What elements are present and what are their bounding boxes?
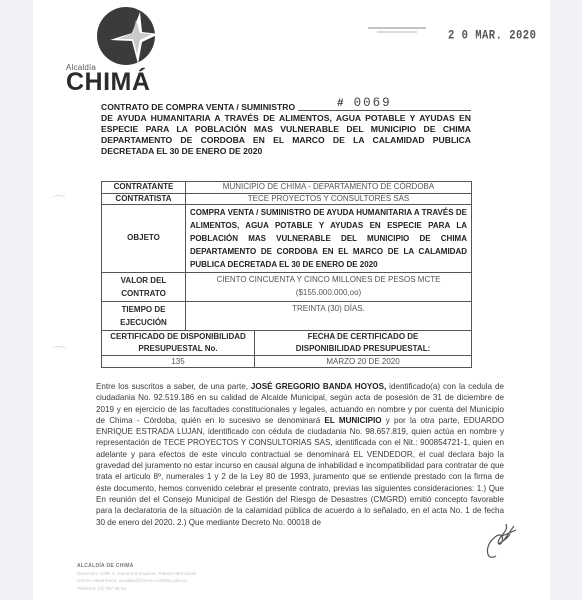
cdp-date-value: MARZO 20 DE 2020 [255, 356, 472, 368]
contract-body: Entre los suscritos a saber, de una part… [96, 381, 504, 528]
body-text-segment: Entre los suscritos a saber, de una part… [96, 382, 251, 391]
logo-title: CHIMÁ [66, 68, 150, 97]
row-value: COMPRA VENTA / SUMINISTRO DE AYUDA HUMAN… [186, 205, 472, 273]
row-value: CIENTO CINCUENTA Y CINCO MILLONES DE PES… [186, 273, 472, 302]
footer-phone: Teléfono: (4) 767 96 53 [77, 586, 196, 594]
star-circle-logo-icon [96, 6, 160, 66]
received-stamp [363, 24, 433, 46]
table-row: TIEMPO DE EJECUCIÓN TREINTA (30) DÍAS. [102, 302, 472, 331]
date-stamp: 2 0 MAR. 2020 [448, 29, 536, 43]
footer-email: Correo electrónico: alcaldia@chima-cordo… [77, 578, 196, 586]
value-amount: ($155.000.000,oo) [189, 286, 468, 299]
footer-address: Dirección: Calle 4, Carrera 8 esquina, P… [77, 571, 196, 579]
table-row: 135 MARZO 20 DE 2020 [102, 356, 472, 368]
row-label: VALOR DEL CONTRATO [102, 273, 186, 302]
row-label: TIEMPO DE EJECUCIÓN [102, 302, 186, 331]
cdp-date-header: FECHA DE CERTIFICADO DE DISPONIBILIDAD P… [255, 331, 472, 356]
heading-body: DE AYUDA HUMANITARIA A TRAVÉS DE ALIMENT… [101, 113, 471, 157]
row-value: MUNICIPIO DE CHIMA - DEPARTAMENTO DE CÓR… [186, 182, 472, 194]
table-header-row: CERTIFICADO DE DISPONIBILIDAD PRESUPUEST… [102, 331, 472, 356]
punch-hole-mark [52, 195, 66, 203]
row-label: CONTRATANTE [102, 182, 186, 194]
table-row: CONTRATANTE MUNICIPIO DE CHIMA - DEPARTA… [102, 182, 472, 194]
cdp-table: CERTIFICADO DE DISPONIBILIDAD PRESUPUEST… [101, 330, 472, 368]
page-footer: ALCALDÍA DE CHIMÁ Dirección: Calle 4, Ca… [77, 563, 196, 593]
table-row: VALOR DEL CONTRATO CIENTO CINCUENTA Y CI… [102, 273, 472, 302]
punch-hole-mark [52, 346, 66, 354]
heading-line1: CONTRATO DE COMPRA VENTA / SUMINISTRO [101, 102, 295, 113]
row-value: TECE PROYECTOS Y CONSULTORES SAS [186, 193, 472, 205]
body-text-segment: y por la otra parte, EDUARDO ENRIQUE EST… [96, 416, 504, 527]
mayor-name: JOSÉ GREGORIO BANDA HOYOS, [251, 382, 386, 391]
table-row: CONTRATISTA TECE PROYECTOS Y CONSULTORES… [102, 193, 472, 205]
cdp-number-value: 135 [102, 356, 255, 368]
footer-title: ALCALDÍA DE CHIMÁ [77, 563, 196, 571]
signature-mark [482, 516, 522, 566]
number-underline [298, 103, 471, 111]
contract-heading: CONTRATO DE COMPRA VENTA / SUMINISTRO DE… [101, 102, 471, 157]
el-municipio: EL MUNICIPIO [324, 416, 381, 425]
cdp-number-header: CERTIFICADO DE DISPONIBILIDAD PRESUPUEST… [102, 331, 255, 356]
alcaldia-logo: Alcaldía CHIMÁ [66, 6, 166, 94]
value-words: CIENTO CINCUENTA Y CINCO MILLONES DE PES… [189, 273, 468, 286]
row-label: OBJETO [102, 205, 186, 273]
contract-summary-table: CONTRATANTE MUNICIPIO DE CHIMA - DEPARTA… [101, 181, 472, 331]
table-row: OBJETO COMPRA VENTA / SUMINISTRO DE AYUD… [102, 205, 472, 273]
row-value: TREINTA (30) DÍAS. [186, 302, 472, 331]
row-label: CONTRATISTA [102, 193, 186, 205]
